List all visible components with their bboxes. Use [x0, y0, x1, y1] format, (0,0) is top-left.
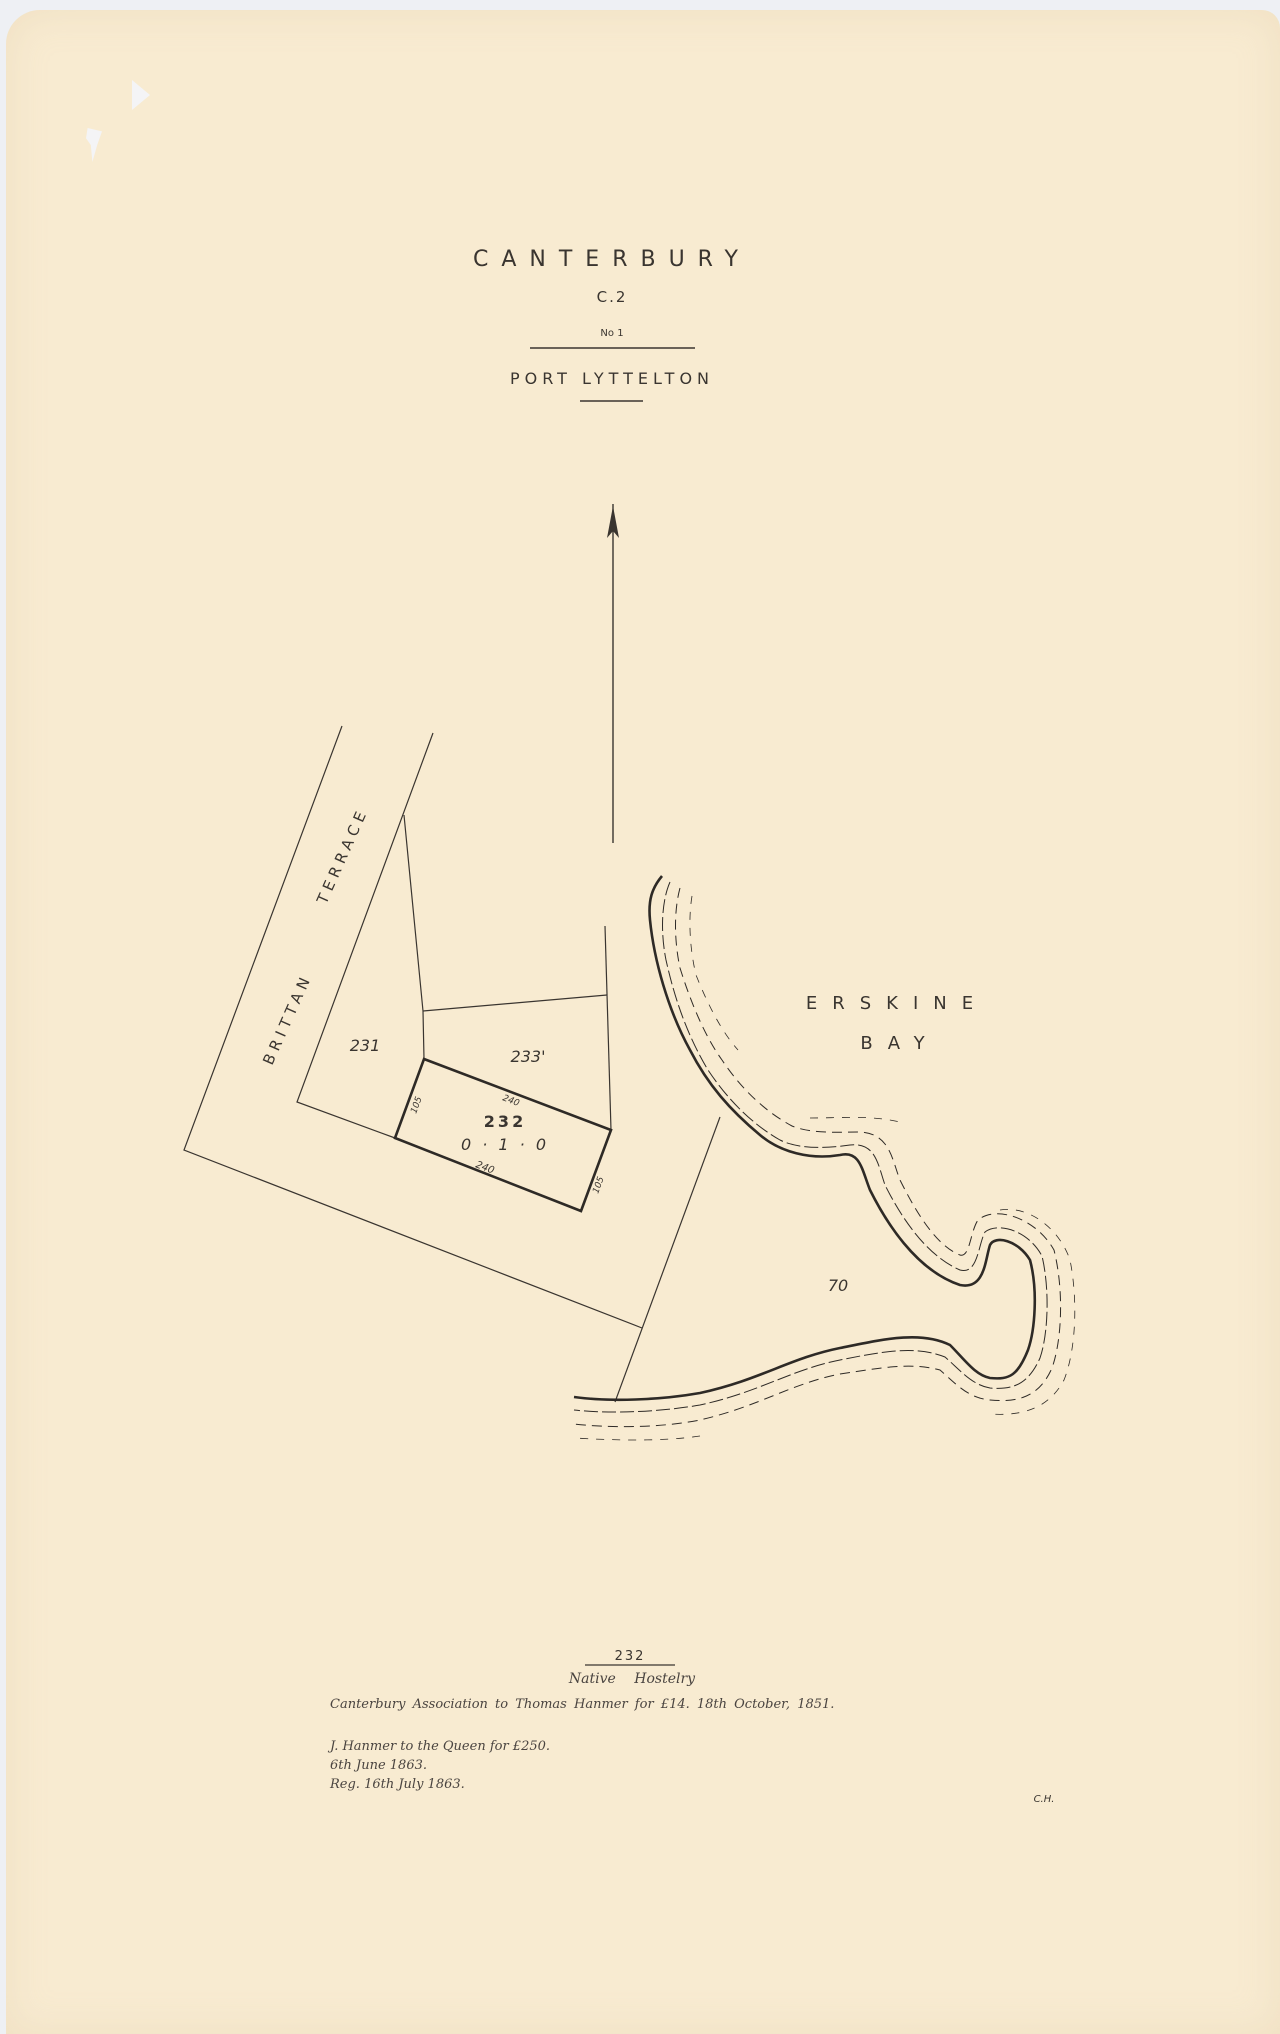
transfer-notes: 232 Native Hostelry Canterbury Associati… — [327, 1649, 1054, 1805]
coastline — [574, 876, 1075, 1440]
lot-231-label: 231 — [350, 1036, 381, 1055]
lot-233-north-boundary — [423, 995, 607, 1011]
road-label-terrace: TERRACE — [313, 804, 372, 907]
notes-title: Native Hostelry — [568, 1671, 696, 1687]
notes-line-2: J. Hanmer to the Queen for £250. — [327, 1739, 550, 1754]
lot-233-label: 233' — [511, 1047, 546, 1066]
lot-70-west-boundary — [615, 1117, 720, 1402]
lot-231-east-boundary — [404, 815, 424, 1059]
region-title: CANTERBURY — [473, 247, 751, 272]
lot-232-area: 0 · 1 · 0 — [461, 1135, 549, 1154]
lot-233-east-boundary — [605, 926, 611, 1130]
road-inner-edge — [297, 733, 433, 1138]
notes-line-4: Reg. 16th July 1863. — [329, 1777, 465, 1792]
road-outer-edge — [184, 726, 642, 1328]
parcel-boundaries — [184, 726, 720, 1402]
district-code: C.2 — [597, 288, 628, 306]
north-arrow-icon — [607, 504, 619, 843]
lot-232-label: 232 — [484, 1112, 526, 1131]
water-label-bay: BAY — [860, 1033, 939, 1054]
place-title: PORT LYTTELTON — [510, 369, 714, 388]
notes-line-1: Canterbury Association to Thomas Hanmer … — [330, 1697, 834, 1712]
notes-lot-number: 232 — [615, 1649, 646, 1664]
lot-70-label: 70 — [828, 1276, 848, 1295]
notes-line-3: 6th June 1863. — [330, 1758, 427, 1773]
sheet-number: No 1 — [600, 328, 623, 339]
map-header: CANTERBURY C.2 No 1 PORT LYTTELTON — [473, 247, 751, 401]
road-label-brittan: BRITTAN — [259, 970, 316, 1067]
cadastral-map: CANTERBURY C.2 No 1 PORT LYTTELTON BR — [0, 0, 1280, 2034]
draftsman-initials: C.H. — [1034, 1794, 1055, 1805]
water-label-erskine: ERSKINE — [806, 993, 988, 1014]
lot-232-dim-left: 105 — [409, 1095, 424, 1115]
